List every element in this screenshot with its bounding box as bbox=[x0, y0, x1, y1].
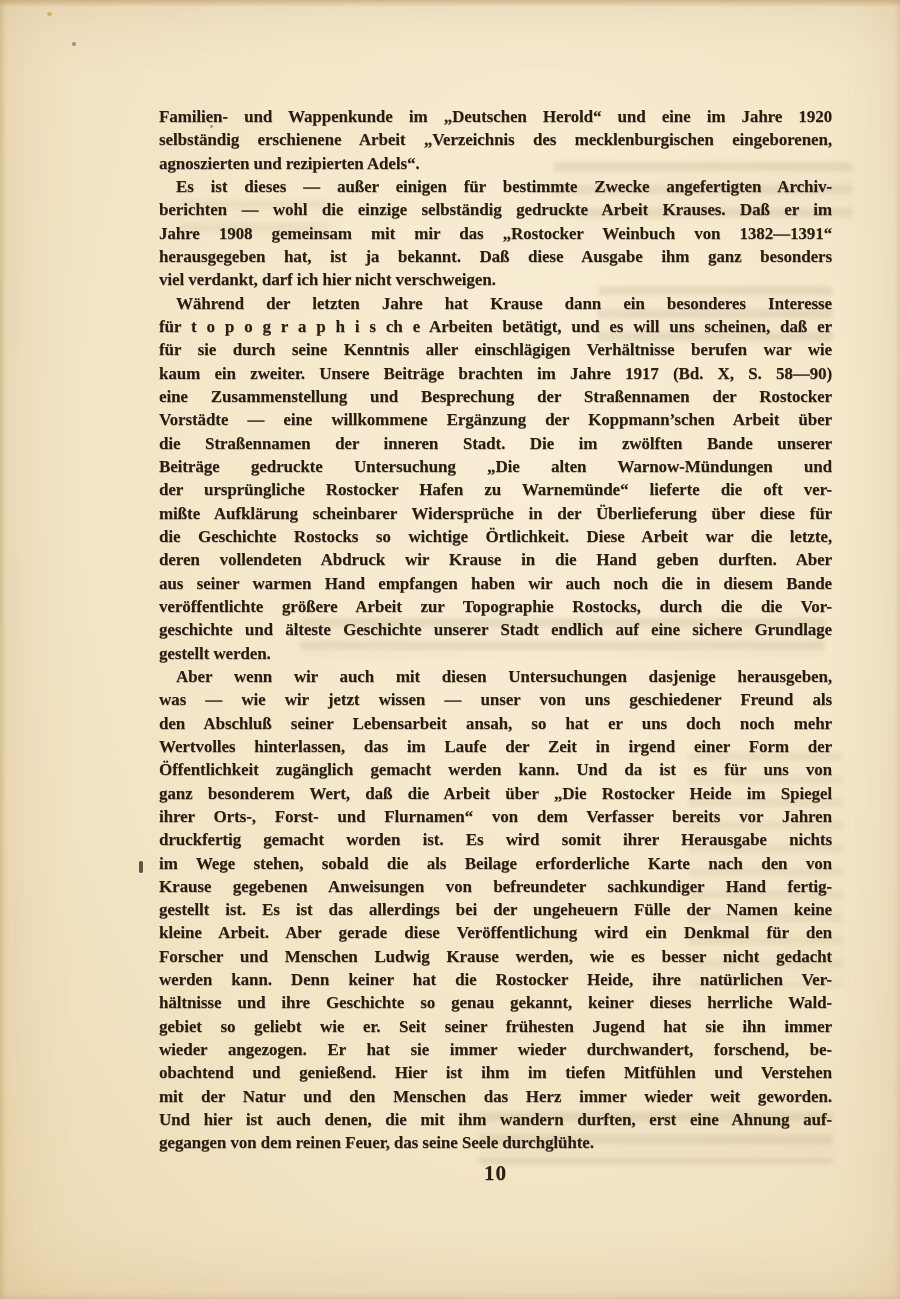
text-line: Aber wenn wir auch mit diesen Untersuchu… bbox=[159, 665, 832, 688]
text-line: ganz besonderem Wert, daß die Arbeit übe… bbox=[159, 782, 832, 805]
text-line: für t o p o g r a p h i s ch e Arbeiten … bbox=[159, 315, 832, 338]
paragraph-1: Familien- und Wappenkunde im „Deutschen … bbox=[159, 105, 832, 175]
text-line: selbständig erschienene Arbeit „Verzeich… bbox=[159, 128, 832, 151]
text-line: Öffentlichkeit zugänglich gemacht werden… bbox=[159, 758, 832, 781]
text-line: gestellt werden. bbox=[159, 642, 832, 665]
dust-speck bbox=[72, 42, 76, 46]
text-line: Forscher und Menschen Ludwig Krause werd… bbox=[159, 945, 832, 968]
text-line: viel verdankt, darf ich hier nicht versc… bbox=[159, 268, 832, 291]
text-line: gegangen von dem reinen Feuer, das seine… bbox=[159, 1131, 832, 1154]
text-line: den Abschluß seiner Lebensarbeit ansah, … bbox=[159, 712, 832, 735]
text-line: berichten — wohl die einzige selbständig… bbox=[159, 198, 832, 221]
paragraph-2: Es ist dieses — außer einigen für bestim… bbox=[159, 175, 832, 292]
dust-speck bbox=[47, 12, 52, 16]
text-line: im Wege stehen, sobald die als Beilage e… bbox=[159, 852, 832, 875]
text-line: aus seiner warmen Hand empfangen haben w… bbox=[159, 572, 832, 595]
text-line: werden kann. Denn keiner hat die Rostock… bbox=[159, 968, 832, 991]
paragraph-4: Aber wenn wir auch mit diesen Untersuchu… bbox=[159, 665, 832, 1155]
text-line: Wertvolles hinterlassen, das im Laufe de… bbox=[159, 735, 832, 758]
text-line: Krause gegebenen Anweisungen von befreun… bbox=[159, 875, 832, 898]
text-line: ihrer Orts-, Forst- und Flurnamen“ von d… bbox=[159, 805, 832, 828]
text-line: Während der letzten Jahre hat Krause dan… bbox=[159, 292, 832, 315]
text-line: kaum ein zweiter. Unsere Beiträge bracht… bbox=[159, 362, 832, 385]
text-line: die Geschichte Rostocks so wichtige Örtl… bbox=[159, 525, 832, 548]
text-line: Beiträge gedruckte Untersuchung „Die alt… bbox=[159, 455, 832, 478]
text-line: Es ist dieses — außer einigen für bestim… bbox=[159, 175, 832, 198]
text-line: mit der Natur und den Menschen das Herz … bbox=[159, 1085, 832, 1108]
text-line: Und hier ist auch denen, die mit ihm wan… bbox=[159, 1108, 832, 1131]
text-line: kleine Arbeit. Aber gerade diese Veröffe… bbox=[159, 921, 832, 944]
text-line: die Straßennamen der inneren Stadt. Die … bbox=[159, 432, 832, 455]
text-line: wieder angezogen. Er hat sie immer wiede… bbox=[159, 1038, 832, 1061]
text-line: Jahre 1908 gemeinsam mit mir das „Rostoc… bbox=[159, 222, 832, 245]
dust-speck bbox=[139, 861, 143, 873]
text-line: eine Zusammenstellung und Besprechung de… bbox=[159, 385, 832, 408]
text-line: gestellt ist. Es ist das allerdings bei … bbox=[159, 898, 832, 921]
text-line: gebiet so geliebt wie er. Seit seiner fr… bbox=[159, 1015, 832, 1038]
text-line: Vorstädte — eine willkommene Ergänzung d… bbox=[159, 408, 832, 431]
page-number: 10 bbox=[159, 1161, 832, 1186]
text-line: geschichte und älteste Geschichte unsere… bbox=[159, 618, 832, 641]
text-line: agnoszierten und rezipierten Adels“. bbox=[159, 152, 832, 175]
text-line: der ursprüngliche Rostocker Hafen zu War… bbox=[159, 478, 832, 501]
body-text: Familien- und Wappenkunde im „Deutschen … bbox=[159, 105, 832, 1155]
text-line: deren vollendeten Abdruck wir Krause in … bbox=[159, 548, 832, 571]
text-line: hältnisse und ihre Geschichte so genau g… bbox=[159, 991, 832, 1014]
text-line: druckfertig gemacht worden ist. Es wird … bbox=[159, 828, 832, 851]
text-line: herausgegeben hat, ist ja bekannt. Daß d… bbox=[159, 245, 832, 268]
text-line: mißte Aufklärung scheinbarer Widersprüch… bbox=[159, 502, 832, 525]
text-line: Familien- und Wappenkunde im „Deutschen … bbox=[159, 105, 832, 128]
text-line: veröffentlichte größere Arbeit zur Topog… bbox=[159, 595, 832, 618]
scanned-book-page: { "colors": { "paper": "#f4e7ca", "ink":… bbox=[0, 0, 900, 1299]
paragraph-3: Während der letzten Jahre hat Krause dan… bbox=[159, 292, 832, 665]
page-left-edge bbox=[0, 0, 6, 1299]
text-line: für sie durch seine Kenntnis aller einsc… bbox=[159, 338, 832, 361]
text-line: was — wie wir jetzt wissen — unser von u… bbox=[159, 688, 832, 711]
page-top-edge bbox=[0, 0, 900, 7]
text-line: obachtend und genießend. Hier ist ihm im… bbox=[159, 1061, 832, 1084]
